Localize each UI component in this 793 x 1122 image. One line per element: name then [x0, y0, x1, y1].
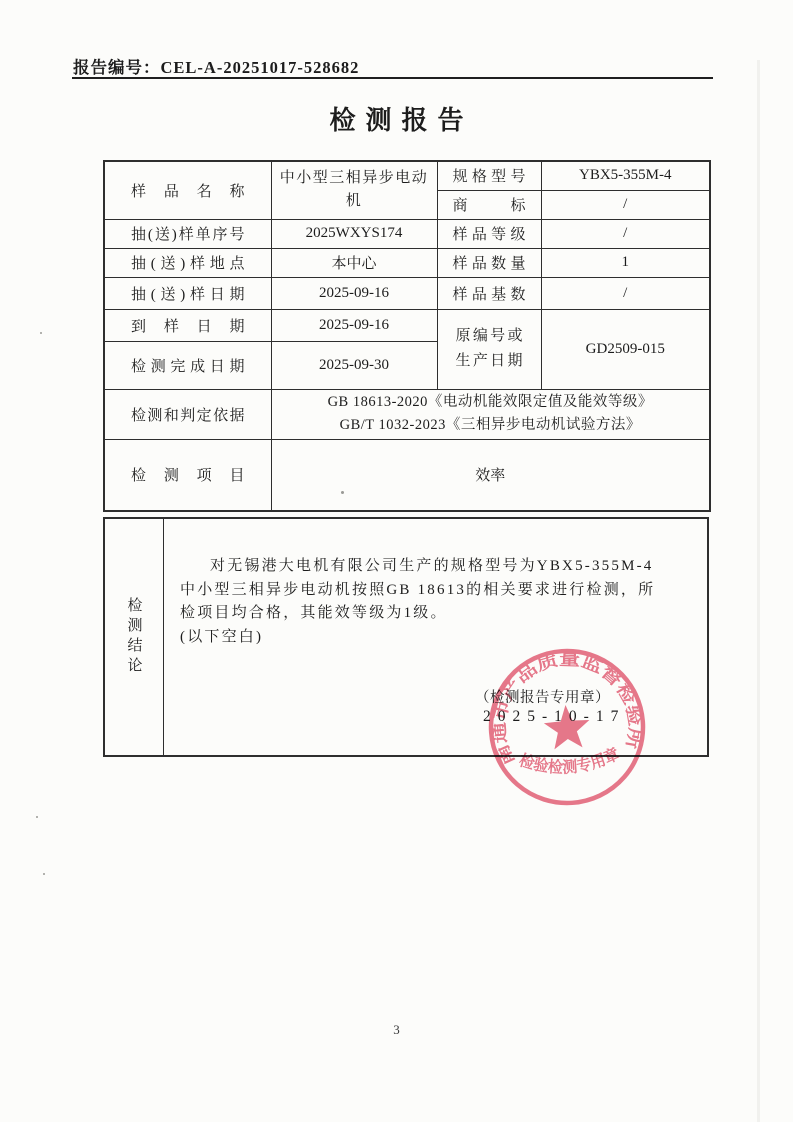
completion-date-label: 检测完成日期 [105, 355, 271, 376]
quantity-label: 样品数量 [438, 252, 541, 273]
table-row: 抽(送)样单序号 2025WXYS174 样品等级 / [104, 219, 710, 248]
table-row: 检测项目 效率 [104, 439, 710, 511]
items-value: 效率 [271, 439, 710, 511]
scan-speck [341, 491, 344, 494]
conclusion-label: 检测结论 [124, 597, 145, 677]
svg-text:检验检测专用章: 检验检测专用章 [516, 743, 623, 780]
sample-name-value: 中小型三相异步电动机 [272, 167, 437, 214]
original-no-label-line2: 生产日期 [456, 349, 523, 375]
base-label: 样品基数 [438, 283, 541, 304]
basis-line1: GB 18613-2020《电动机能效限定值及能效等级》 [272, 391, 710, 414]
table-row: 样品名称 中小型三相异步电动机 规格型号 YBX5-355M-4 [104, 161, 710, 190]
sampling-place-label: 抽(送)样地点 [105, 252, 271, 273]
completion-date-value: 2025-09-30 [271, 341, 437, 389]
page-number: 3 [0, 1022, 793, 1038]
sampling-no-value: 2025WXYS174 [271, 219, 437, 248]
grade-value: / [541, 219, 710, 248]
table-row: 检测和判定依据 GB 18613-2020《电动机能效限定值及能效等级》 GB/… [104, 389, 710, 439]
sampling-place-value: 本中心 [271, 248, 437, 277]
conclusion-line: 检项目均合格，其能效等级为1级。 [180, 602, 689, 626]
header-divider [72, 77, 713, 79]
sampling-date-label: 抽(送)样日期 [105, 283, 271, 304]
table-row: 到样日期 2025-09-16 原编号或 生产日期 GD2509-015 [104, 309, 710, 341]
conclusion-line: 中小型三相异步电动机按照GB 18613的相关要求进行检测，所 [180, 579, 689, 603]
report-number-label: 报告编号： [73, 58, 161, 77]
quantity-value: 1 [541, 248, 710, 277]
table-row: 抽(送)样地点 本中心 样品数量 1 [104, 248, 710, 277]
items-label: 检测项目 [105, 464, 271, 485]
scanned-report-page: 报告编号：CEL-A-20251017-528682 检测报告 样品名称 中小型… [0, 0, 793, 1122]
spec-value: YBX5-355M-4 [541, 161, 710, 190]
sampling-no-label: 抽(送)样单序号 [105, 223, 271, 244]
conclusion-line: 对无锡港大电机有限公司生产的规格型号为YBX5-355M-4 [180, 555, 689, 579]
trademark-label: 商标 [438, 194, 541, 215]
arrival-date-label: 到样日期 [105, 315, 271, 336]
original-no-label-line1: 原编号或 [456, 324, 523, 350]
scan-speck [36, 816, 38, 818]
sample-name-label: 样品名称 [105, 180, 271, 201]
base-value: / [541, 277, 710, 309]
grade-label: 样品等级 [438, 223, 541, 244]
scan-speck [43, 873, 45, 875]
sample-info-table: 样品名称 中小型三相异步电动机 规格型号 YBX5-355M-4 商标 / 抽(… [103, 160, 711, 512]
scan-speck [40, 332, 42, 334]
basis-label: 检测和判定依据 [105, 404, 271, 425]
table-row: 抽(送)样日期 2025-09-16 样品基数 / [104, 277, 710, 309]
seal-star-icon [543, 703, 592, 749]
page-title: 检测报告 [0, 100, 793, 137]
spec-label: 规格型号 [438, 165, 541, 186]
scan-edge-artifact [757, 60, 760, 1122]
report-number-value: CEL-A-20251017-528682 [161, 58, 360, 77]
report-number-line: 报告编号：CEL-A-20251017-528682 [73, 54, 359, 78]
trademark-value: / [541, 190, 710, 219]
official-seal-stamp: 南通市产品质量监督检验所 检验检测专用章 [476, 636, 657, 817]
basis-line2: GB/T 1032-2023《三相异步电动机试验方法》 [272, 414, 710, 437]
original-no-value: GD2509-015 [541, 309, 710, 389]
seal-banner-text: 检验检测专用章 [516, 743, 623, 780]
arrival-date-value: 2025-09-16 [271, 309, 437, 341]
sampling-date-value: 2025-09-16 [271, 277, 437, 309]
